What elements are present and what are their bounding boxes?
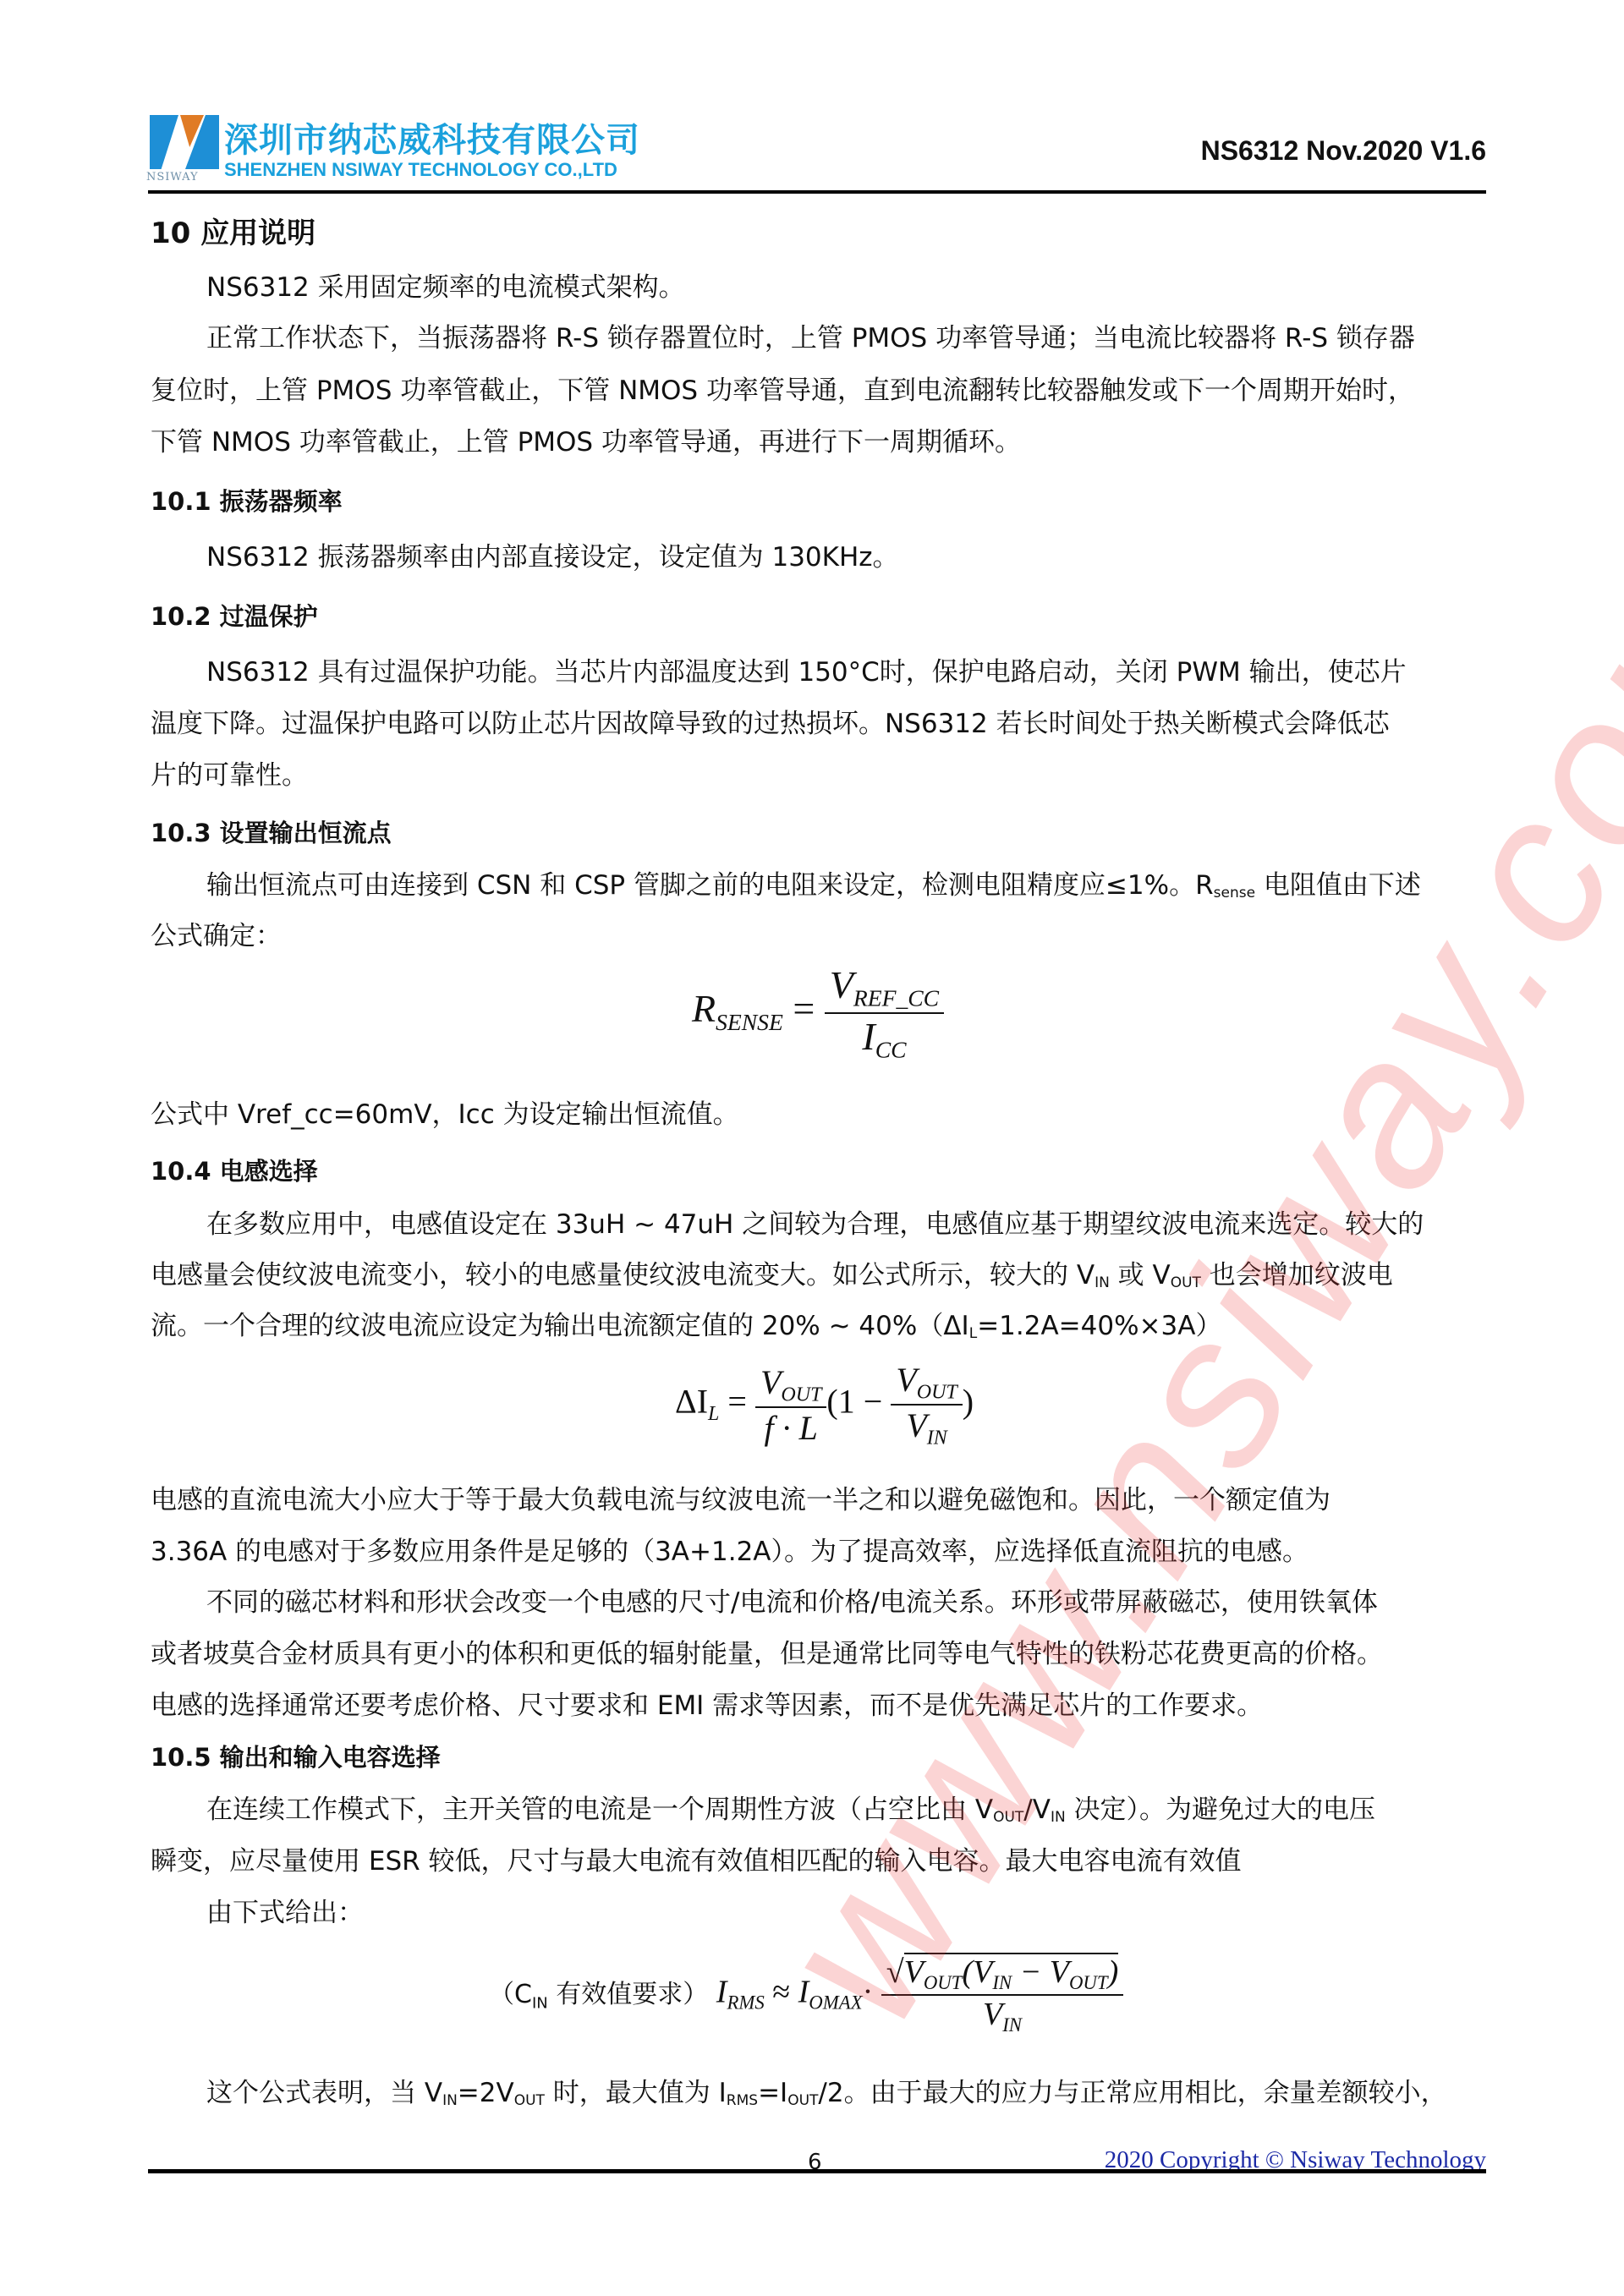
section-10-2-heading: 10.2 过温保护 (151, 591, 1485, 643)
formula-fraction: VREF_CC ICC (825, 962, 944, 1063)
den-subscript: IN (927, 1427, 947, 1449)
formula-dot: · (863, 1975, 874, 2010)
subscript: OUT (1171, 1274, 1201, 1291)
subscript: OUT (787, 2092, 818, 2109)
section-10-2-paragraph-line-1: NS6312 具有过温保护功能。当芯片内部温度达到 150°C时，保护电路启动，… (151, 647, 1541, 699)
page-header: NSIWAY 深圳市纳芯威科技有限公司 SHENZHEN NSIWAY TECH… (148, 110, 1486, 191)
formula-imax-subscript: OMAX (809, 1992, 862, 2014)
label-text: （C (489, 1980, 532, 2009)
header-divider (148, 190, 1486, 194)
formula-approx: ≈ (772, 1975, 790, 2010)
num-symbol: V (830, 963, 853, 1006)
logo-wordmark: NSIWAY (146, 171, 199, 184)
formula-equals: = (727, 1383, 747, 1421)
subscript: L (969, 1325, 977, 1342)
section-10-4-paragraph-1-line-1: 在多数应用中，电感值设定在 33uH ~ 47uH 之间较为合理，电感值应基于期… (151, 1199, 1541, 1251)
fraction-numerator: VOUT (891, 1360, 962, 1406)
section-10-5-heading: 10.5 输出和输入电容选择 (151, 1732, 1485, 1784)
den-subscript: IN (1002, 2014, 1022, 2036)
formula-lhs-subscript: SENSE (716, 1009, 783, 1035)
document-page: NSIWAY 深圳市纳芯威科技有限公司 SHENZHEN NSIWAY TECH… (0, 0, 1624, 2296)
subscript: OUT (514, 2092, 545, 2109)
fraction-denominator: ICC (825, 1014, 944, 1064)
sub: OUT (1069, 1972, 1108, 1993)
sqrt-radicand: VOUT(VIN − VOUT) (904, 1953, 1119, 1990)
section-10-2-paragraph-line-3: 片的可靠性。 (151, 750, 1485, 802)
section-10-4-paragraph-2-line-2: 3.36A 的电感对于多数应用条件是足够的（3A+1.2A）。为了提高效率，应选… (151, 1526, 1485, 1578)
section-10-4-paragraph-3-line-2: 或者坡莫合金材质具有更小的体积和更低的辐射能量，但是通常比同等电气特性的铁粉芯花… (151, 1629, 1485, 1680)
text-run: 这个公式表明，当 V (206, 2078, 442, 2108)
section-10-4-paragraph-3-line-1: 不同的磁芯材料和形状会改变一个电感的尺寸/电流和价格/电流关系。环形或带屏蔽磁芯… (151, 1577, 1541, 1629)
subscript: RMS (727, 2092, 758, 2109)
footer-divider (148, 2169, 1486, 2173)
text-run: 在连续工作模式下，主开关管的电流是一个周期性方波（占空比由 V (206, 1795, 993, 1825)
section-10-4-paragraph-2-line-1: 电感的直流电流大小应大于等于最大负载电流与纹波电流一半之和以避免磁饱和。因此，一… (151, 1475, 1485, 1526)
subscript: OUT (993, 1809, 1023, 1826)
sub: IN (992, 1972, 1012, 1993)
text-run: 电阻值由下述 (1255, 870, 1421, 901)
text-run: 时，最大值为 I (545, 2078, 727, 2108)
section-10-5-paragraph-2: 这个公式表明，当 VIN=2VOUT 时，最大值为 IRMS=IOUT/2。由于… (151, 2068, 1541, 2127)
section-10-4-paragraph-1-line-3: 流。一个合理的纹波电流应设定为输出电流额定值的 20% ~ 40%（ΔIL=1.… (151, 1301, 1485, 1360)
fraction-numerator: √VOUT(VIN − VOUT) (881, 1954, 1123, 1996)
ripple-current-formula: ΔIL = VOUT f · L (1 − VOUT VIN ) (675, 1360, 974, 1450)
document-id: NS6312 Nov.2020 V1.6 (1201, 135, 1486, 167)
num-subscript: REF_CC (853, 985, 939, 1011)
formula-label: （CIN 有效值要求） (489, 1980, 708, 2009)
den-symbol: V (906, 1406, 926, 1444)
fraction-denominator: f · L (755, 1408, 826, 1448)
formula-imax: I (798, 1975, 809, 2010)
section-10-1-paragraph: NS6312 振荡器频率由内部直接设定，设定值为 130KHz。 (151, 532, 1541, 584)
subscript: IN (1051, 1809, 1066, 1826)
text-run: =1.2A=40%×3A） (977, 1311, 1221, 1341)
section-10-4-heading: 10.4 电感选择 (151, 1146, 1485, 1197)
formula-fraction-1: VOUT f · L (755, 1362, 826, 1448)
fraction-denominator: VIN (881, 1996, 1123, 2036)
formula-fraction: √VOUT(VIN − VOUT) VIN (881, 1954, 1123, 2036)
sym: ) (1108, 1954, 1119, 1990)
section-10-5-paragraph-1-line-1: 在连续工作模式下，主开关管的电流是一个周期性方波（占空比由 VOUT/VIN 决… (151, 1784, 1541, 1844)
section-10-3-paragraph-line-2: 公式确定： (151, 911, 1485, 962)
num-symbol: V (896, 1361, 916, 1399)
section-10-4-paragraph-3-line-3: 电感的选择通常还要考虑价格、尺寸要求和 EMI 需求等因素，而不是优先满足芯片的… (151, 1680, 1485, 1732)
formula-lhs: R (692, 987, 716, 1030)
text-run: 输出恒流点可由连接到 CSN 和 CSP 管脚之前的电阻来设定，检测电阻精度应≤… (206, 870, 1214, 901)
formula-fraction-2: VOUT VIN (891, 1360, 962, 1450)
section-10-5-paragraph-1-line-3: 由下式给出： (151, 1888, 1541, 1939)
company-logo: NSIWAY (148, 110, 224, 186)
text-run: /2。由于最大的应力与正常应用相比，余量差额较小， (818, 2078, 1446, 2108)
sqrt-icon: √ (886, 1954, 904, 1990)
subscript: IN (442, 2092, 458, 2109)
section-10-2-paragraph-line-2: 温度下降。过温保护电路可以防止芯片因故障导致的过热损坏。NS6312 若长时间处… (151, 699, 1485, 750)
section-10-paragraph-1: NS6312 采用固定频率的电流模式架构。 (151, 262, 1541, 314)
subscript: IN (1095, 1274, 1110, 1291)
text-run: 或 V (1110, 1260, 1171, 1290)
company-name-english: SHENZHEN NSIWAY TECHNOLOGY CO.,LTD (224, 159, 617, 181)
fraction-numerator: VREF_CC (825, 962, 944, 1014)
num-symbol: V (760, 1363, 781, 1401)
section-10-paragraph-2-line-2: 复位时，上管 PMOS 功率管截止，下管 NMOS 功率管导通，直到电流翻转比较… (151, 365, 1485, 417)
sym: (V (962, 1954, 992, 1990)
label-subscript: IN (532, 1994, 548, 2012)
den-subscript: CC (875, 1036, 907, 1062)
formula-lhs: ΔI (675, 1383, 708, 1421)
section-10-heading: 10 应用说明 (151, 208, 1485, 260)
text-run: =2V (458, 2078, 514, 2108)
num-subscript: OUT (917, 1381, 957, 1403)
section-10-3-note: 公式中 Vref_cc=60mV，Icc 为设定输出恒流值。 (151, 1089, 1485, 1141)
text-run: /V (1023, 1795, 1051, 1825)
sym: − V (1012, 1954, 1069, 1990)
fraction-numerator: VOUT (755, 1362, 826, 1408)
text-run: =I (758, 2078, 787, 2108)
formula-paren-close: ) (963, 1383, 974, 1421)
rsense-formula: RSENSE = VREF_CC ICC (692, 962, 944, 1063)
formula-lhs-subscript: RMS (727, 1992, 764, 2014)
text-run: 电感量会使纹波电流变小，较小的电感量使纹波电流变大。如公式所示，较大的 V (151, 1260, 1095, 1290)
formula-lhs-subscript: L (708, 1403, 719, 1425)
company-name-chinese: 深圳市纳芯威科技有限公司 (224, 113, 640, 162)
sub: OUT (924, 1972, 963, 1993)
section-10-paragraph-2-line-1: 正常工作状态下，当振荡器将 R-S 锁存器置位时，上管 PMOS 功率管导通；当… (151, 313, 1541, 364)
formula-equals: = (793, 987, 815, 1030)
fraction-denominator: VIN (891, 1406, 962, 1449)
formula-lhs: I (716, 1975, 727, 2010)
section-10-paragraph-2-line-3: 下管 NMOS 功率管截止，上管 PMOS 功率管导通，再进行下一周期循环。 (151, 417, 1485, 469)
text-run: 也会增加纹波电 (1201, 1260, 1393, 1290)
section-10-5-paragraph-1-line-2: 瞬变，应尽量使用 ESR 较低，尺寸与最大电流有效值相匹配的输入电容。最大电容电… (151, 1836, 1485, 1888)
sym: V (904, 1954, 924, 1990)
label-text: 有效值要求） (548, 1980, 709, 2009)
den-symbol: V (983, 1997, 1002, 2032)
text-run: 决定）。为避免过大的电压 (1066, 1795, 1375, 1825)
logo-shape-left (150, 115, 178, 169)
subscript: sense (1214, 885, 1255, 901)
den-symbol: I (862, 1015, 875, 1058)
num-subscript: OUT (781, 1384, 821, 1406)
text-run: 流。一个合理的纹波电流应设定为输出电流额定值的 20% ~ 40%（ΔI (151, 1311, 969, 1341)
section-10-3-heading: 10.3 设置输出恒流点 (151, 808, 1485, 859)
rms-current-formula: （CIN 有效值要求） IRMS ≈ IOMAX· √VOUT(VIN − VO… (489, 1954, 1123, 2036)
formula-paren-open: (1 − (826, 1383, 882, 1421)
section-10-1-heading: 10.1 振荡器频率 (151, 476, 1485, 528)
